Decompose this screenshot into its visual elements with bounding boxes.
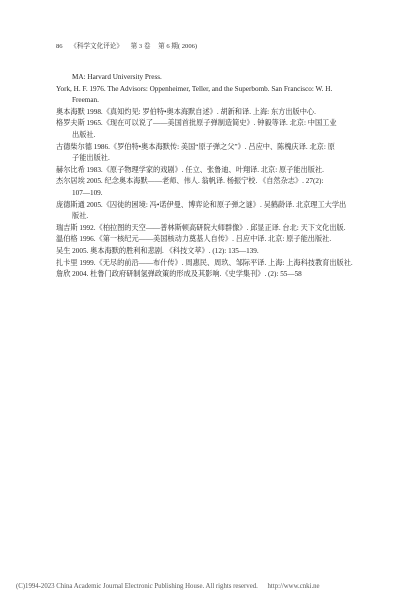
reference-line: 温伯格 1996.《第一核纪元——美国核动力奠基人自传》. 吕应中译. 北京: … xyxy=(56,234,354,246)
cnki-link[interactable]: http://www.cnki.ne xyxy=(268,583,320,590)
reference-line: 赫尔比希 1983.《原子物理学家的戏剧》. 任立、张鲁迪、叶翔译. 北京: 原… xyxy=(56,165,354,177)
reference-line: 吴生 2005. 奥本海默的胜利和悲剧. 《科技文萃》. (12): 135—1… xyxy=(56,246,354,258)
reference-line: 107—109. xyxy=(56,188,354,200)
reference-line: 瑞吉斯 1992.《柏拉图的天空——普林斯顿高研院大师群像》. 邱显正译. 台北… xyxy=(56,223,354,235)
journal-title: 《科学文化评论》 xyxy=(70,43,123,50)
reference-line: 奥本海默 1998.《真知灼见: 罗伯特•奥本海默自述》. 胡新和译. 上海: … xyxy=(56,107,354,119)
reference-line: 杰尔居埃 2005. 纪念奥本海默——老师、伟人. 翁帆译. 杨振宁校. 《自然… xyxy=(56,176,354,188)
page-number: 86 xyxy=(56,43,63,50)
reference-line: 格罗夫斯 1965.《现在可以说了——美国首批原子弹制造简史》. 钟毅等译. 北… xyxy=(56,118,354,130)
copyright-footer: (C)1994-2023 China Academic Journal Elec… xyxy=(16,583,320,590)
reference-line: Freeman. xyxy=(56,95,354,107)
reference-line: 古德柴尔德 1986.《罗伯特•奥本海默传: 美国“原子弹之父”》. 吕应中、陈… xyxy=(56,142,354,154)
reference-line: 子能出版社. xyxy=(56,153,354,165)
reference-line: 扎卡里 1999.《无尽的前沿——布什传》. 周惠民、周玖、邹际平译. 上海: … xyxy=(56,258,354,270)
copyright-text: (C)1994-2023 China Academic Journal Elec… xyxy=(16,583,258,590)
reference-line: 庞德斯通 2005.《囚徒的困境: 冯•诺伊曼、博弈论和原子弹之谜》. 吴鹤龄译… xyxy=(56,200,354,212)
reference-line: MA: Harvard University Press. xyxy=(56,72,354,84)
reference-line: 出版社. xyxy=(56,130,354,142)
reference-line: 版社. xyxy=(56,211,354,223)
reference-list: MA: Harvard University Press. York, H. F… xyxy=(56,72,354,281)
volume: 第 3 卷 xyxy=(131,43,151,50)
running-header: 86 《科学文化评论》 第 3 卷 第 6 期( 2006) xyxy=(56,40,203,50)
issue: 第 6 期( 2006) xyxy=(158,43,197,50)
reference-line: 詹欣 2004. 杜鲁门政府研制氢弹政策的形成及其影响.《史学集刊》. (2):… xyxy=(56,269,354,281)
reference-line: York, H. F. 1976. The Advisors: Oppenhei… xyxy=(56,84,354,96)
